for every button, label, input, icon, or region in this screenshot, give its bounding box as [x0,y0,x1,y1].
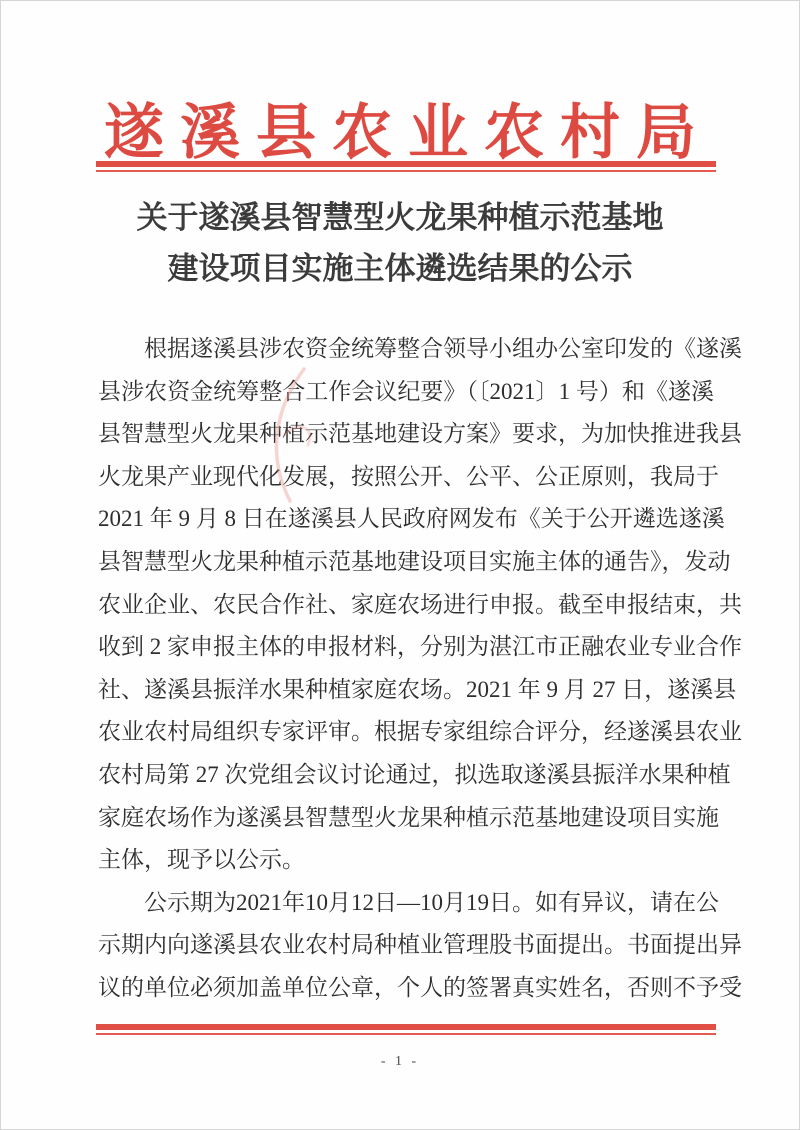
document-body: 根据遂溪县涉农资金统筹整合领导小组办公室印发的《遂溪县涉农资金统筹整合工作会议纪… [98,328,714,1010]
body-line: 示期内向遂溪县农业农村局种植业管理股书面提出。书面提出异 [98,924,714,967]
body-line: 县智慧型火龙果种植示范基地建设方案》要求，为加快推进我县 [98,413,714,456]
red-divider-thin-line [96,1033,716,1035]
body-line: 社、遂溪县振洋水果种植家庭农场。2021 年 9 月 27 日，遂溪县 [98,669,714,712]
agency-header-title: 遂溪县农业农村局 [1,85,799,171]
red-header-divider [96,161,716,172]
body-line: 火龙果产业现代化发展，按照公开、公平、公正原则，我局于 [98,456,714,499]
body-line: 根据遂溪县涉农资金统筹整合领导小组办公室印发的《遂溪 [98,328,714,371]
page-number: - 1 - [1,1054,799,1070]
body-line: 收到 2 家申报主体的申报材料，分别为湛江市正融农业专业合作 [98,626,714,669]
body-line: 农村局第 27 次党组会议讨论通过，拟选取遂溪县振洋水果种植 [98,754,714,797]
body-line: 议的单位必须加盖单位公章，个人的签署真实姓名，否则不予受 [98,967,714,1010]
scanned-document-page: 遂溪县农业农村局 关于遂溪县智慧型火龙果种植示范基地 建设项目实施主体遴选结果的… [0,0,800,1130]
body-line: 县智慧型火龙果种植示范基地建设项目实施主体的通告》，发动 [98,541,714,584]
document-title-line1: 关于遂溪县智慧型火龙果种植示范基地 [1,192,799,243]
red-footer-divider [96,1024,716,1035]
body-line: 2021 年 9 月 8 日在遂溪县人民政府网发布《关于公开遴选遂溪 [98,498,714,541]
body-line: 县涉农资金统筹整合工作会议纪要》（〔2021〕1 号）和《遂溪 [98,371,714,414]
red-divider-thin-line [96,170,716,172]
body-line: 农业农村局组织专家评审。根据专家组综合评分，经遂溪县农业 [98,711,714,754]
body-line: 家庭农场作为遂溪县智慧型火龙果种植示范基地建设项目实施 [98,797,714,840]
body-line: 公示期为2021年10月12日—10月19日。如有异议，请在公 [98,882,714,925]
document-title: 关于遂溪县智慧型火龙果种植示范基地 建设项目实施主体遴选结果的公示 [1,192,799,294]
body-line: 主体，现予以公示。 [98,839,714,882]
document-title-line2: 建设项目实施主体遴选结果的公示 [1,243,799,294]
body-line: 农业企业、农民合作社、家庭农场进行申报。截至申报结束，共 [98,584,714,627]
